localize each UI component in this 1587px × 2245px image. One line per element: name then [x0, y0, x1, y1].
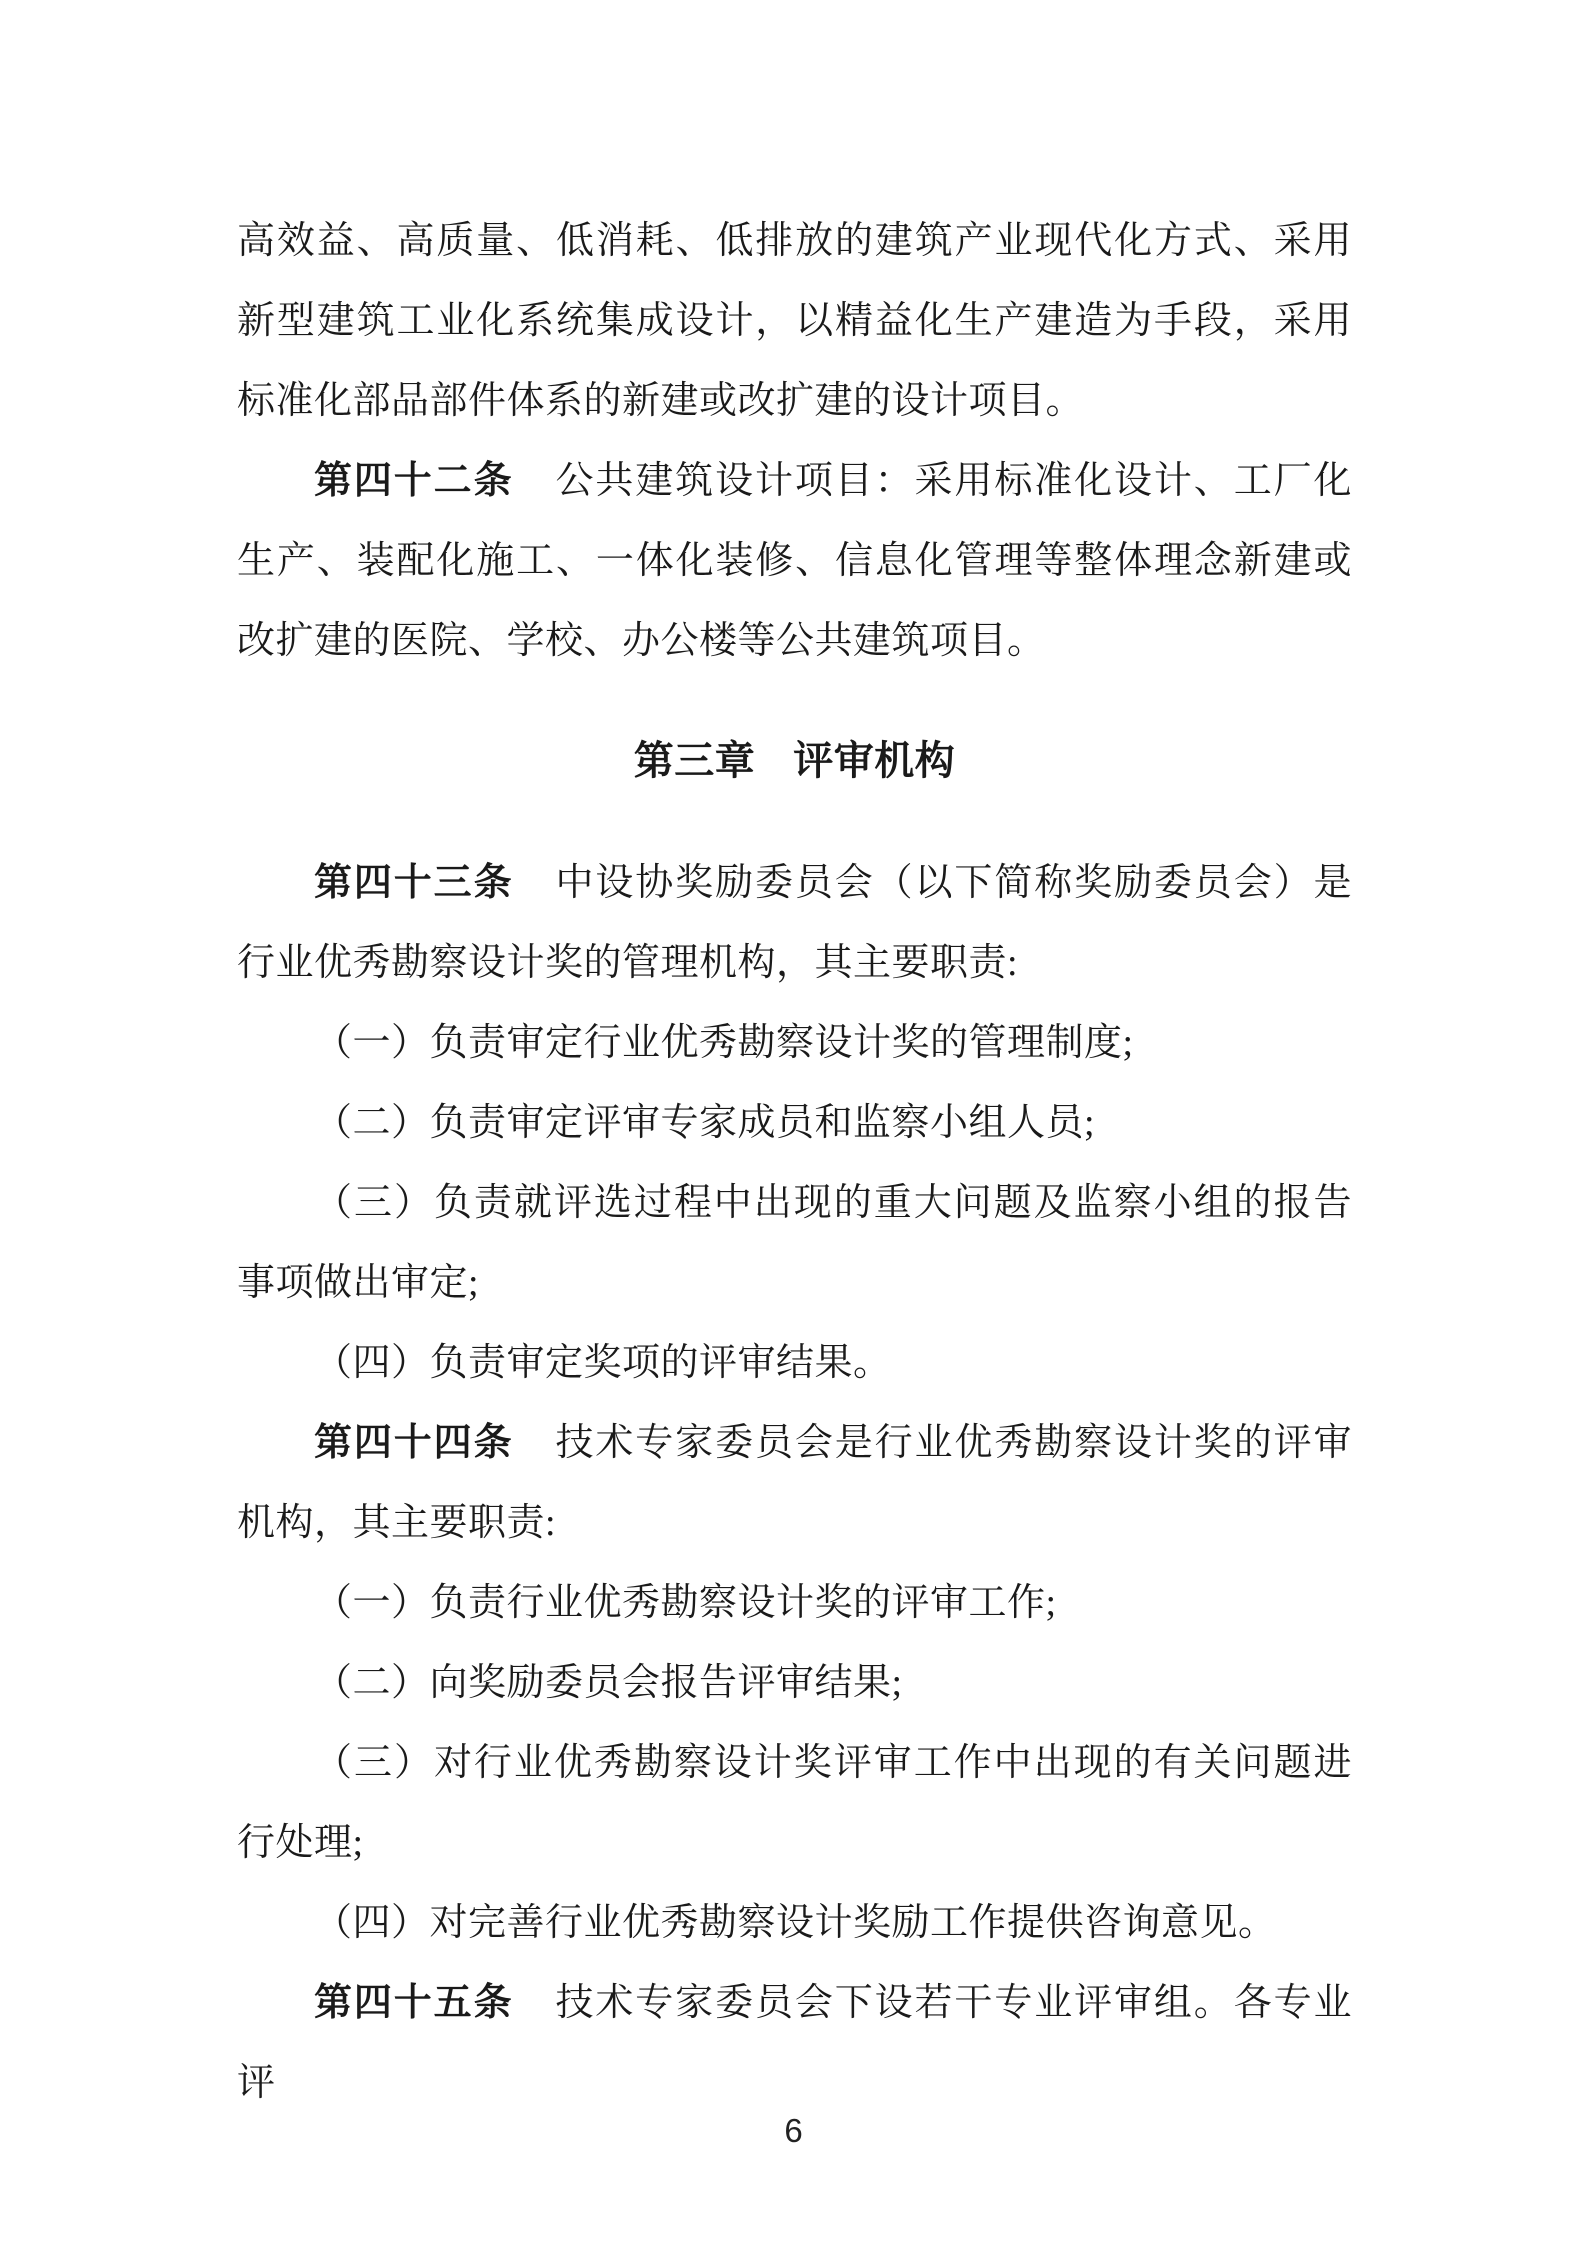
paragraph-continuation: 高效益、高质量、低消耗、低排放的建筑产业现代化方式、采用新型建筑工业化系统集成设…	[237, 201, 1352, 441]
article-44-item-3: （三）对行业优秀勘察设计奖评审工作中出现的有关问题进行处理;	[237, 1723, 1352, 1883]
article-43-item-4: （四）负责审定奖项的评审结果。	[237, 1323, 1352, 1403]
chapter-3-heading: 第三章评审机构	[237, 721, 1352, 801]
article-44-item-4: （四）对完善行业优秀勘察设计奖励工作提供咨询意见。	[237, 1883, 1352, 1963]
article-45-paragraph: 第四十五条技术专家委员会下设若干专业评审组。各专业评	[237, 1963, 1352, 2123]
article-44-item-1: （一）负责行业优秀勘察设计奖的评审工作;	[237, 1563, 1352, 1643]
article-42-paragraph: 第四十二条公共建筑设计项目：采用标准化设计、工厂化生产、装配化施工、一体化装修、…	[237, 441, 1352, 681]
article-44-item-2: （二）向奖励委员会报告评审结果;	[237, 1643, 1352, 1723]
page-footer: 6	[0, 2101, 1587, 2161]
page-number: 6	[784, 2112, 802, 2149]
chapter-3-number: 第三章	[634, 739, 756, 783]
document-page: 高效益、高质量、低消耗、低排放的建筑产业现代化方式、采用新型建筑工业化系统集成设…	[0, 0, 1587, 2245]
article-43-item-1: （一）负责审定行业优秀勘察设计奖的管理制度;	[237, 1003, 1352, 1083]
article-42-number: 第四十二条	[314, 460, 513, 502]
article-44-number: 第四十四条	[314, 1422, 513, 1464]
article-43-item-3: （三）负责就评选过程中出现的重大问题及监察小组的报告事项做出审定;	[237, 1163, 1352, 1323]
chapter-3-title: 评审机构	[793, 739, 955, 783]
article-43-paragraph: 第四十三条中设协奖励委员会（以下简称奖励委员会）是行业优秀勘察设计奖的管理机构，…	[237, 843, 1352, 1003]
document-content: 高效益、高质量、低消耗、低排放的建筑产业现代化方式、采用新型建筑工业化系统集成设…	[237, 201, 1352, 2123]
article-43-number: 第四十三条	[314, 862, 513, 904]
article-45-number: 第四十五条	[314, 1982, 513, 2024]
article-43-item-2: （二）负责审定评审专家成员和监察小组人员;	[237, 1083, 1352, 1163]
article-44-paragraph: 第四十四条技术专家委员会是行业优秀勘察设计奖的评审机构，其主要职责:	[237, 1403, 1352, 1563]
